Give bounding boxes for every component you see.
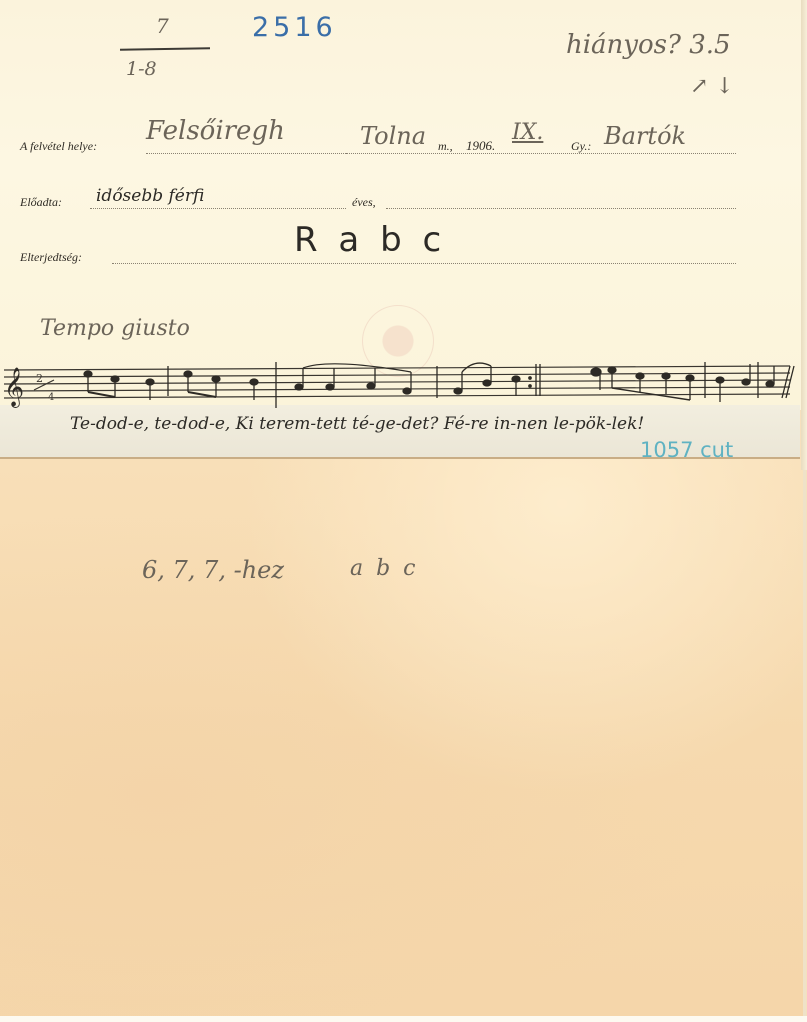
month: IX. (512, 120, 543, 145)
arrows-note: ↗ ↓ (690, 74, 734, 99)
place-label: A felvétel helye: (20, 139, 97, 154)
music-staff: 𝄞 2 4 (0, 352, 807, 417)
tempo-marking: Tempo giusto (40, 316, 190, 341)
lower-note-letters: a b c (350, 556, 416, 581)
svg-text:4: 4 (48, 392, 54, 403)
svg-text:2: 2 (36, 372, 43, 385)
performer-value: idősebb férfi (96, 186, 204, 206)
strip-annotation: 1057 cut (640, 438, 733, 462)
county-value: Tolna (360, 122, 426, 150)
backing-sheet (0, 459, 806, 1019)
place-value: Felsőiregh (146, 116, 285, 146)
treble-clef-icon: 𝄞 (4, 367, 24, 408)
fraction-numerator: 7 (156, 14, 169, 38)
lower-note-numbers: 6, 7, 7, -hez (142, 556, 284, 584)
county-suffix: m., (438, 139, 453, 154)
place-line (146, 153, 346, 154)
fraction-denominator: 1-8 (126, 58, 157, 80)
distribution-line (112, 263, 736, 264)
song-lyrics: Te-dod-e, te-dod-e, Ki terem-tett té-ge-… (70, 414, 644, 434)
county-line (346, 153, 736, 154)
collector-value: Bartók (604, 122, 686, 150)
distribution-value: R a b c (294, 220, 441, 260)
incomplete-note: hiányos? 3.5 (566, 30, 731, 60)
age-label: éves, (352, 195, 376, 210)
performer-line (90, 208, 346, 209)
catalog-number: 2516 (252, 12, 337, 43)
distribution-label: Elterjedtség: (20, 250, 82, 265)
year: 1906. (466, 138, 495, 154)
collector-label: Gy.: (571, 139, 591, 154)
performer-label: Előadta: (20, 195, 62, 210)
bottom-edge (0, 1016, 807, 1022)
age-line (386, 208, 736, 209)
